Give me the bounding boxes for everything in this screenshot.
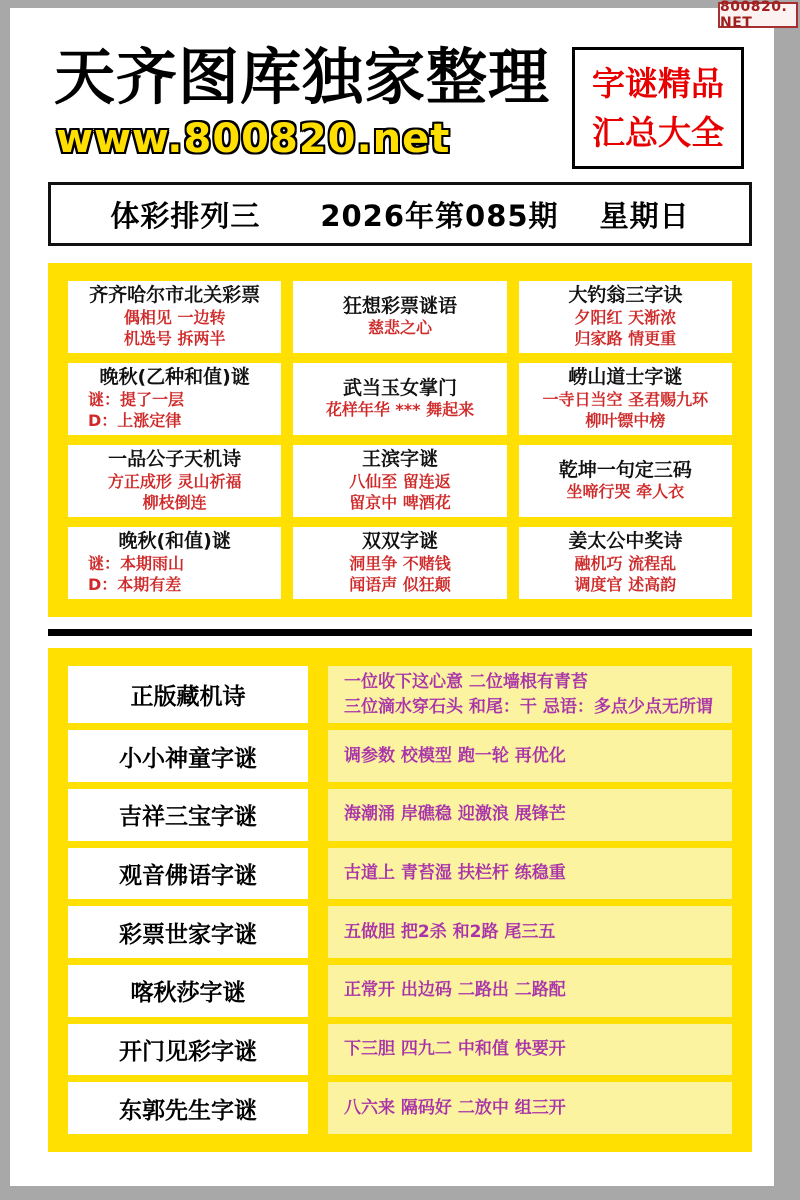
card-line: 留京中 啤酒花: [299, 493, 500, 514]
card-line: 慈悲之心: [299, 318, 500, 339]
riddle-content: 古道上 青苔湿 扶栏杆 练稳重: [328, 848, 732, 900]
card-line: 八仙至 留连返: [299, 472, 500, 493]
riddle-row: 彩票世家字谜 五做胆 把2杀 和2路 尾三五: [68, 906, 732, 958]
riddle-line: 三位滴水穿石头 和尾：干 忌语：多点少点无所谓: [344, 695, 716, 720]
card-title: 武当玉女掌门: [343, 377, 457, 401]
riddle-row: 吉祥三宝字谜 海潮涌 岸礁稳 迎激浪 展锋芒: [68, 789, 732, 841]
riddle-label: 喀秋莎字谜: [68, 965, 308, 1017]
riddle-content: 下三胆 四九二 中和值 快要开: [328, 1024, 732, 1076]
puzzle-card: 晚秋(乙种和值)谜 谜：提了一层D：上涨定律: [68, 363, 281, 435]
riddle-line: 一位收下这心意 二位墙根有青苔: [344, 670, 716, 695]
watermark-badge: 800820. NET: [718, 2, 798, 28]
card-title: 大钓翁三字诀: [568, 284, 682, 308]
puzzle-card: 乾坤一句定三码 坐啼行哭 牵人衣: [519, 445, 732, 517]
page-title: 天齐图库独家整理: [54, 44, 574, 111]
card-line: 柳叶镖中榜: [525, 411, 726, 432]
puzzle-card: 大钓翁三字诀 夕阳红 天渐浓归家路 情更重: [519, 281, 732, 353]
riddle-line: 古道上 青苔湿 扶栏杆 练稳重: [344, 861, 716, 886]
summary-line2: 汇总大全: [592, 108, 724, 158]
card-line: 夕阳红 天渐浓: [525, 308, 726, 329]
riddle-row: 东郭先生字谜 八六来 隔码好 二放中 组三开: [68, 1082, 732, 1134]
riddle-label: 吉祥三宝字谜: [68, 789, 308, 841]
riddle-label: 东郭先生字谜: [68, 1082, 308, 1134]
riddle-row: 观音佛语字谜 古道上 青苔湿 扶栏杆 练稳重: [68, 848, 732, 900]
puzzle-card: 双双字谜 洞里争 不赌钱闻语声 似狂颠: [293, 527, 506, 599]
card-line: 偶相见 一边转: [74, 308, 275, 329]
card-line: 花样年华 *** 舞起来: [299, 400, 500, 421]
puzzle-card: 一品公子天机诗 方正成形 灵山祈福柳枝倒连: [68, 445, 281, 517]
riddle-content: 调参数 校模型 跑一轮 再优化: [328, 730, 732, 782]
riddle-content: 一位收下这心意 二位墙根有青苔 三位滴水穿石头 和尾：干 忌语：多点少点无所谓: [328, 666, 732, 723]
riddle-content: 正常开 出边码 二路出 二路配: [328, 965, 732, 1017]
card-line: 调度官 述高韵: [525, 575, 726, 596]
riddle-content: 海潮涌 岸礁稳 迎激浪 展锋芒: [328, 789, 732, 841]
riddle-label: 彩票世家字谜: [68, 906, 308, 958]
riddle-line: 下三胆 四九二 中和值 快要开: [344, 1037, 716, 1062]
card-line: 柳枝倒连: [74, 493, 275, 514]
card-title: 狂想彩票谜语: [343, 295, 457, 319]
card-line: 谜：提了一层: [88, 390, 275, 411]
card-title: 一品公子天机诗: [108, 448, 241, 472]
card-line: 洞里争 不赌钱: [299, 554, 500, 575]
page: 天齐图库独家整理 www.800820.net 字谜精品 汇总大全 体彩排列三 …: [10, 8, 774, 1186]
riddle-line: 正常开 出边码 二路出 二路配: [344, 978, 716, 1003]
card-line: D：上涨定律: [88, 411, 275, 432]
puzzle-card: 武当玉女掌门 花样年华 *** 舞起来: [293, 363, 506, 435]
riddle-label: 小小神童字谜: [68, 730, 308, 782]
riddle-panel: 正版藏机诗 一位收下这心意 二位墙根有青苔 三位滴水穿石头 和尾：干 忌语：多点…: [48, 648, 752, 1152]
riddle-label: 观音佛语字谜: [68, 848, 308, 900]
card-line: 融机巧 流程乱: [525, 554, 726, 575]
riddle-label: 正版藏机诗: [68, 666, 308, 723]
card-line: 方正成形 灵山祈福: [74, 472, 275, 493]
card-title: 晚秋(和值)谜: [118, 530, 230, 554]
card-line: D：本期有差: [88, 575, 275, 596]
riddle-row: 开门见彩字谜 下三胆 四九二 中和值 快要开: [68, 1024, 732, 1076]
issue-bar: 体彩排列三 2026年第085期 星期日: [48, 182, 752, 246]
riddle-line: 海潮涌 岸礁稳 迎激浪 展锋芒: [344, 802, 716, 827]
riddle-line: 五做胆 把2杀 和2路 尾三五: [344, 920, 716, 945]
card-line: 归家路 情更重: [525, 329, 726, 350]
riddle-label: 开门见彩字谜: [68, 1024, 308, 1076]
card-line: 闻语声 似狂颠: [299, 575, 500, 596]
summary-line1: 字谜精品: [592, 59, 724, 109]
riddle-content: 八六来 隔码好 二放中 组三开: [328, 1082, 732, 1134]
card-panel: 齐齐哈尔市北关彩票 偶相见 一边转机选号 拆两半 狂想彩票谜语 慈悲之心 大钓翁…: [48, 263, 752, 617]
riddle-content: 五做胆 把2杀 和2路 尾三五: [328, 906, 732, 958]
card-line: 坐啼行哭 牵人衣: [525, 482, 726, 503]
riddle-row: 正版藏机诗 一位收下这心意 二位墙根有青苔 三位滴水穿石头 和尾：干 忌语：多点…: [68, 666, 732, 723]
section-divider: [48, 629, 752, 636]
card-line: 机选号 拆两半: [74, 329, 275, 350]
puzzle-card: 齐齐哈尔市北关彩票 偶相见 一边转机选号 拆两半: [68, 281, 281, 353]
card-line: 一寺日当空 圣君赐九环: [525, 390, 726, 411]
puzzle-card: 姜太公中奖诗 融机巧 流程乱调度官 述高韵: [519, 527, 732, 599]
riddle-row: 小小神童字谜 调参数 校模型 跑一轮 再优化: [68, 730, 732, 782]
puzzle-card: 晚秋(和值)谜 谜：本期雨山D：本期有差: [68, 527, 281, 599]
site-url: www.800820.net: [56, 116, 450, 162]
card-title: 晚秋(乙种和值)谜: [99, 366, 249, 390]
puzzle-card: 崂山道士字谜 一寺日当空 圣君赐九环柳叶镖中榜: [519, 363, 732, 435]
riddle-line: 调参数 校模型 跑一轮 再优化: [344, 744, 716, 769]
card-title: 乾坤一句定三码: [559, 459, 692, 483]
puzzle-card: 王滨字谜 八仙至 留连返留京中 啤酒花: [293, 445, 506, 517]
card-title: 齐齐哈尔市北关彩票: [89, 284, 260, 308]
riddle-row: 喀秋莎字谜 正常开 出边码 二路出 二路配: [68, 965, 732, 1017]
puzzle-card: 狂想彩票谜语 慈悲之心: [293, 281, 506, 353]
card-line: 谜：本期雨山: [88, 554, 275, 575]
card-title: 姜太公中奖诗: [568, 530, 682, 554]
riddle-line: 八六来 隔码好 二放中 组三开: [344, 1096, 716, 1121]
card-title: 王滨字谜: [362, 448, 438, 472]
summary-box: 字谜精品 汇总大全: [572, 47, 744, 169]
card-title: 双双字谜: [362, 530, 438, 554]
card-title: 崂山道士字谜: [568, 366, 682, 390]
